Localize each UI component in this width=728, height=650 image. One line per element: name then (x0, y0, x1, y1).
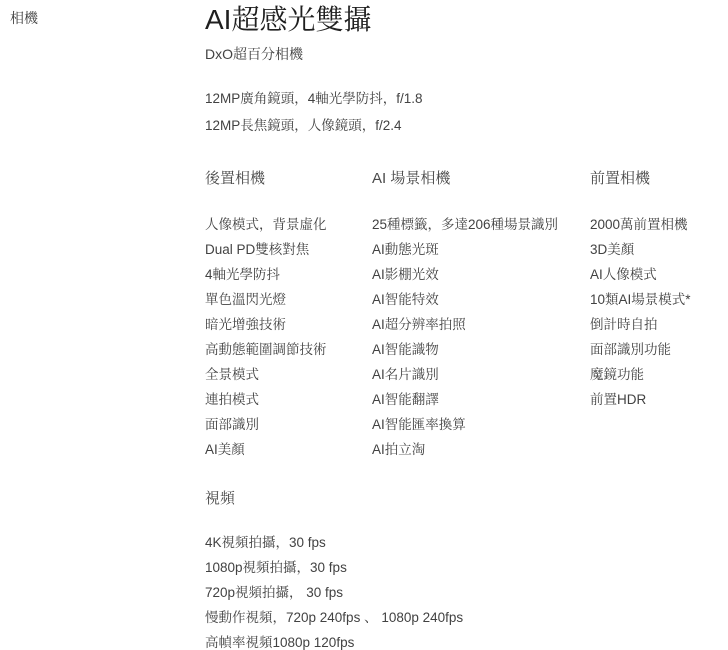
rear-camera-feature-list: 人像模式，背景虛化Dual PD雙核對焦4軸光學防抖單色溫閃光燈暗光增強技術高動… (205, 212, 372, 462)
feature-item: AI智能翻譯 (372, 387, 590, 412)
video-header: 視頻 (205, 489, 724, 508)
ai-scene-camera-feature-list: 25種標籤，多達206種場景識別AI動態光斑AI影棚光效AI智能特效AI超分辨率… (372, 212, 590, 462)
feature-item: AI智能識物 (372, 337, 590, 362)
feature-item: AI智能特效 (372, 287, 590, 312)
feature-item: 倒計時自拍 (590, 312, 724, 337)
feature-item: 10類AI場景模式* (590, 287, 724, 312)
section-sidebar: 相機 (0, 0, 205, 650)
feature-item: 2000萬前置相機 (590, 212, 724, 237)
column-ai-scene-camera: AI 場景相機 25種標籤，多達206種場景識別AI動態光斑AI影棚光效AI智能… (372, 169, 590, 462)
feature-item: 高動態範圍調節技術 (205, 337, 372, 362)
feature-item: AI拍立淘 (372, 437, 590, 462)
lens-specs: 12MP廣角鏡頭，4軸光學防抖，f/1.8 12MP長焦鏡頭，人像鏡頭，f/2.… (205, 85, 724, 139)
feature-item: 面部識別功能 (590, 337, 724, 362)
video-spec-item: 4K視頻拍攝，30 fps (205, 530, 724, 555)
feature-item: AI超分辨率拍照 (372, 312, 590, 337)
feature-item: 前置HDR (590, 387, 724, 412)
video-section: 視頻 4K視頻拍攝，30 fps1080p視頻拍攝，30 fps720p視頻拍攝… (205, 489, 724, 650)
feature-item: AI智能匯率換算 (372, 412, 590, 437)
feature-item: 面部識別 (205, 412, 372, 437)
feature-item: 25種標籤，多達206種場景識別 (372, 212, 590, 237)
ai-scene-camera-header: AI 場景相機 (372, 169, 590, 188)
feature-item: 連拍模式 (205, 387, 372, 412)
feature-item: AI人像模式 (590, 262, 724, 287)
front-camera-feature-list: 2000萬前置相機3D美顏AI人像模式10類AI場景模式*倒計時自拍面部識別功能… (590, 212, 724, 412)
column-front-camera: 前置相機 2000萬前置相機3D美顏AI人像模式10類AI場景模式*倒計時自拍面… (590, 169, 724, 462)
rear-camera-header: 後置相機 (205, 169, 372, 188)
feature-item: 4軸光學防抖 (205, 262, 372, 287)
video-spec-item: 720p視頻拍攝， 30 fps (205, 580, 724, 605)
spec-page: 相機 AI超感光雙攝 DxO超百分相機 12MP廣角鏡頭，4軸光學防抖，f/1.… (0, 0, 728, 650)
feature-item: AI影棚光效 (372, 262, 590, 287)
video-spec-item: 1080p視頻拍攝，30 fps (205, 555, 724, 580)
feature-item: 魔鏡功能 (590, 362, 724, 387)
video-spec-item: 慢動作視頻，720p 240fps 、 1080p 240fps (205, 605, 724, 630)
feature-item: Dual PD雙核對焦 (205, 237, 372, 262)
feature-item: 全景模式 (205, 362, 372, 387)
feature-item: AI動態光斑 (372, 237, 590, 262)
feature-item: 人像模式，背景虛化 (205, 212, 372, 237)
spec-wide-lens: 12MP廣角鏡頭，4軸光學防抖，f/1.8 (205, 85, 724, 112)
video-feature-list: 4K視頻拍攝，30 fps1080p視頻拍攝，30 fps720p視頻拍攝， 3… (205, 530, 724, 650)
front-camera-header: 前置相機 (590, 169, 724, 188)
section-label-camera: 相機 (10, 9, 205, 27)
page-title: AI超感光雙攝 (205, 2, 724, 38)
feature-columns: 後置相機 人像模式，背景虛化Dual PD雙核對焦4軸光學防抖單色溫閃光燈暗光增… (205, 169, 724, 462)
column-rear-camera: 後置相機 人像模式，背景虛化Dual PD雙核對焦4軸光學防抖單色溫閃光燈暗光增… (205, 169, 372, 462)
camera-spec-content: AI超感光雙攝 DxO超百分相機 12MP廣角鏡頭，4軸光學防抖，f/1.8 1… (205, 0, 728, 650)
spec-tele-lens: 12MP長焦鏡頭，人像鏡頭，f/2.4 (205, 112, 724, 139)
feature-item: AI名片識別 (372, 362, 590, 387)
feature-item: AI美顏 (205, 437, 372, 462)
page-subtitle: DxO超百分相機 (205, 45, 724, 63)
feature-item: 3D美顏 (590, 237, 724, 262)
video-spec-item: 高幀率視頻1080p 120fps (205, 630, 724, 650)
feature-item: 單色溫閃光燈 (205, 287, 372, 312)
feature-item: 暗光增強技術 (205, 312, 372, 337)
